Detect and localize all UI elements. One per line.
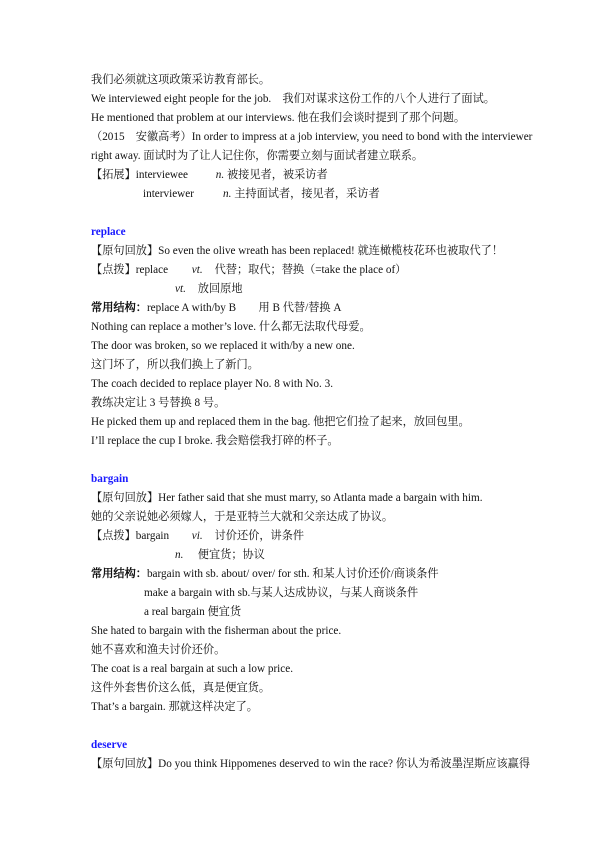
tip-line: 【点拨】bargainvi. 讨价还价，讲条件: [91, 527, 521, 546]
tip-word: bargain: [136, 527, 192, 546]
text-line: （2015 安徽高考）In order to impress at a job …: [91, 128, 521, 147]
structure-label: 常用结构：: [91, 302, 147, 314]
pos-tag: n.: [175, 546, 195, 565]
original-sentence: 【原句回放】So even the olive wreath has been …: [91, 242, 521, 261]
original-text: So even the olive wreath has been replac…: [158, 245, 503, 257]
text-line: right away. 面试时为了让人记住你，你需要立刻与面试者建立联系。: [91, 147, 521, 166]
example-line: She hated to bargain with the fisherman …: [91, 622, 521, 641]
example-line: 她不喜欢和渔夫讨价还价。: [91, 641, 521, 660]
tip-line: n. 便宜货；协议: [91, 546, 521, 565]
expand-meaning: 主持面试者，接见者，采访者: [234, 188, 379, 200]
original-label: 【原句回放】: [91, 245, 158, 257]
example-line: I’ll replace the cup I broke. 我会赔偿我打碎的杯子…: [91, 432, 521, 451]
original-label: 【原句回放】: [91, 492, 158, 504]
expand-line: 【拓展】intervieween. 被接见者，被采访者: [91, 166, 521, 185]
example-line: He picked them up and replaced them in t…: [91, 413, 521, 432]
tip-line: 【点拨】replacevt. 代替；取代；替换（=take the place …: [91, 261, 521, 280]
expand-line: interviewern. 主持面试者，接见者，采访者: [91, 185, 521, 204]
pos-tag: vt.: [192, 261, 212, 280]
expand-word: interviewer: [143, 185, 223, 204]
example-line: The door was broken, so we replaced it w…: [91, 337, 521, 356]
original-label: 【原句回放】: [91, 758, 158, 770]
tip-word: replace: [136, 261, 192, 280]
original-sentence: 【原句回放】Do you think Hippomenes deserved t…: [91, 755, 521, 774]
structure-text: bargain with sb. about/ over/ for sth. 和…: [147, 568, 439, 580]
tip-label: 【点拨】: [91, 264, 136, 276]
example-line: The coach decided to replace player No. …: [91, 375, 521, 394]
headword-replace: replace: [91, 223, 521, 242]
original-translation: 她的父亲说她必须嫁人，于是亚特兰大就和父亲达成了协议。: [91, 508, 521, 527]
original-text: Do you think Hippomenes deserved to win …: [158, 758, 530, 770]
original-sentence: 【原句回放】Her father said that she must marr…: [91, 489, 521, 508]
expand-meaning: 被接见者，被采访者: [227, 169, 328, 181]
text-line: 我们必须就这项政策采访教育部长。: [91, 71, 521, 90]
pos-tag: vt.: [175, 280, 195, 299]
tip-line: vt. 放回原地: [91, 280, 521, 299]
original-text: Her father said that she must marry, so …: [158, 492, 482, 504]
example-line: Nothing can replace a mother’s love. 什么都…: [91, 318, 521, 337]
text-line: He mentioned that problem at our intervi…: [91, 109, 521, 128]
tip-label: 【点拨】: [91, 530, 136, 542]
structure-text: replace A with/by B 用 B 代替/替换 A: [147, 302, 342, 314]
headword-bargain: bargain: [91, 470, 521, 489]
pos-tag: n.: [216, 169, 224, 181]
structure-label: 常用结构：: [91, 568, 147, 580]
document-page: 我们必须就这项政策采访教育部长。 We interviewed eight pe…: [91, 71, 521, 774]
structure-line: a real bargain 便宜货: [91, 603, 521, 622]
example-line: The coat is a real bargain at such a low…: [91, 660, 521, 679]
headword-deserve: deserve: [91, 736, 521, 755]
pos-tag: n.: [223, 188, 231, 200]
expand-label: 【拓展】: [91, 169, 136, 181]
example-line: 教练决定让 3 号替换 8 号。: [91, 394, 521, 413]
text-line: We interviewed eight people for the job.…: [91, 90, 521, 109]
sense-meaning: 讨价还价，讲条件: [215, 530, 305, 542]
sense-meaning: 代替；取代；替换（=take the place of）: [215, 264, 407, 276]
expand-word: interviewee: [136, 166, 216, 185]
structure-line: 常用结构：replace A with/by B 用 B 代替/替换 A: [91, 299, 521, 318]
structure-line: make a bargain with sb.与某人达成协议，与某人商谈条件: [91, 584, 521, 603]
pos-tag: vi.: [192, 527, 212, 546]
example-line: 这件外套售价这么低，真是便宜货。: [91, 679, 521, 698]
structure-line: 常用结构：bargain with sb. about/ over/ for s…: [91, 565, 521, 584]
example-line: That’s a bargain. 那就这样决定了。: [91, 698, 521, 717]
example-line: 这门坏了，所以我们换上了新门。: [91, 356, 521, 375]
sense-meaning: 放回原地: [198, 283, 243, 295]
sense-meaning: 便宜货；协议: [198, 549, 265, 561]
